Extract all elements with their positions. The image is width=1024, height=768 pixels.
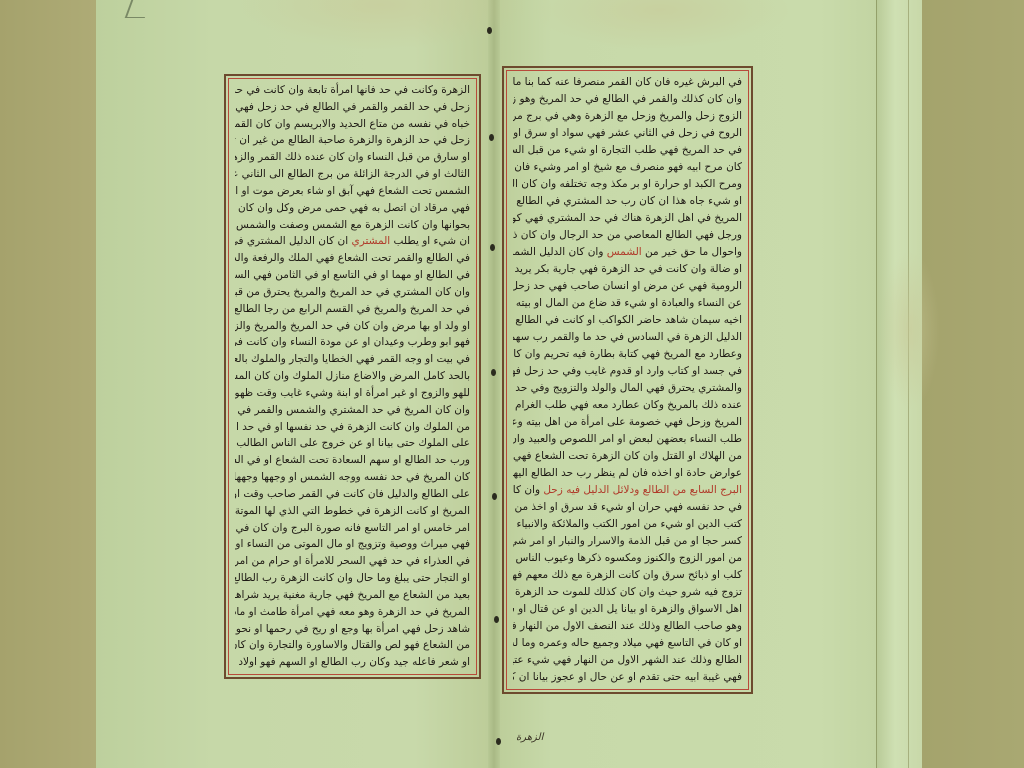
text-line: او التجار حتى يبلغ وما حال وان كانت الزه… bbox=[235, 570, 470, 587]
text-line: زحل في حد القمر والقمر في الطالع في حد ز… bbox=[235, 99, 470, 116]
line-text: فهي غيبة ابيه حتى تقدم او عن حال او عجوز… bbox=[513, 671, 742, 683]
line-text: الزوج زحل والمريخ وزحل مع الزهرة وهي في … bbox=[513, 110, 742, 122]
line-text: امر خامس او امر التاسع فانه صورة البرج و… bbox=[235, 522, 470, 534]
line-text: في حد المريخ والمريخ في القسم الرابع من … bbox=[235, 303, 470, 315]
right-text-frame: في البرش غيره فان كان القمر منصرفا عنه ك… bbox=[502, 66, 753, 694]
line-text: وان كان الدليل الشمس في السادس في بيتها … bbox=[513, 246, 607, 258]
text-line: بالحد كامل المرض والاضاع منازل الملوك وا… bbox=[235, 368, 470, 385]
text-line: من الشعاع فهو لص والقتال والاساورة والتج… bbox=[235, 637, 470, 654]
text-line: او ولد او بها مرض وان كان في حد المريخ و… bbox=[235, 318, 470, 335]
line-text: من الملوك وان كانت الزهرة في حد نفسها او… bbox=[235, 421, 470, 433]
text-line: امر خامس او امر التاسع فانه صورة البرج و… bbox=[235, 520, 470, 537]
binding-hole bbox=[489, 134, 494, 141]
line-text: للهو والزوج او غير امرأة او ابنة وشيء غا… bbox=[235, 387, 470, 399]
line-text: وان كان الدليل تحت الشعاع السابع من الطا… bbox=[513, 484, 543, 496]
line-text: فهو ابو وطرب وعيدان او عن مودة النساء وا… bbox=[235, 336, 470, 348]
line-text: عن النساء والعبادة او شيء قد ضاع من الما… bbox=[513, 297, 742, 309]
line-text: في العذراء في حد فهي السحر للامرأة او حر… bbox=[235, 555, 470, 567]
line-text: ورجل فهي الطالع المعاصي من حد الرجال وان… bbox=[513, 229, 742, 241]
rubric-heading: المشتري bbox=[351, 235, 390, 247]
left-text-block: الزهرة وكانت في حد فانها امرأة تابعة وان… bbox=[228, 78, 477, 675]
text-line: ان شيء او يطلب المشتري ان كان الدليل الم… bbox=[235, 233, 470, 250]
line-text: في بيت او وجه القمر فهي الخطايا والتجار … bbox=[235, 353, 470, 365]
text-line: بحوانها وان كانت الزهرة مع الشمس وصفت وا… bbox=[235, 217, 470, 234]
line-text: وعطارد مع المريخ فهي كتابة بطارة فيه تحر… bbox=[513, 348, 742, 360]
line-text: الزهرة وكانت في حد فانها امرأة تابعة وان… bbox=[235, 84, 470, 96]
text-line: في جسد او كتاب وارد او قدوم غايب وفي حد … bbox=[513, 363, 742, 380]
line-text: عنده ذلك بالمريخ وكان عطارد معه فهي طلب … bbox=[513, 399, 742, 411]
line-text: في البرش غيره فان كان القمر منصرفا عنه ك… bbox=[513, 76, 742, 88]
text-line: المريخ في اهل الزهرة هناك في حد المشتري … bbox=[513, 210, 742, 227]
text-line: والمشتري يحترق فهي المال والولد والتزويج… bbox=[513, 380, 742, 397]
text-line: كلب او ذبائح سرق وان كانت الزهرة مع ذلك … bbox=[513, 567, 742, 584]
line-text: اخيه سيمان شاهد حاضر الكواكب او كانت في … bbox=[513, 314, 742, 326]
text-line: ومرح الكبد او حرارة او بر مكذ وجه تختلفه… bbox=[513, 176, 742, 193]
line-text: او ضالة وان كانت في حد الزهرة فهي جارية … bbox=[513, 263, 742, 275]
line-text: فهي ميراث ووصية وتزويج او مال الموتى من … bbox=[235, 538, 470, 550]
text-line: في حد المريخ فهي طلب التجارة او شيء من ق… bbox=[513, 142, 742, 159]
text-line: او كان في التاسع فهي ميلاد وجميع حاله وع… bbox=[513, 635, 742, 652]
text-line: في البرش غيره فان كان القمر منصرفا عنه ك… bbox=[513, 74, 742, 91]
line-text: المريخ وزحل فهي خصومة على امرأة من اهل ب… bbox=[513, 416, 742, 428]
text-line: الزهرة وكانت في حد فانها امرأة تابعة وان… bbox=[235, 82, 470, 99]
text-line: تزوج فيه شرو حيث وان كان كذلك للموت حد ا… bbox=[513, 584, 742, 601]
binding-hole bbox=[491, 369, 496, 376]
binding-hole bbox=[487, 27, 492, 34]
line-text: كان مرح ابيه فهو منصرف مع شيخ او امر وشي… bbox=[513, 161, 742, 173]
binding-hole bbox=[494, 616, 499, 623]
text-line: ورب حد الطالع او سهم السعادة تحت الشعاع … bbox=[235, 452, 470, 469]
text-line: او ضالة وان كانت في حد الزهرة فهي جارية … bbox=[513, 261, 742, 278]
text-line: كتب الدين او شيء من امور الكتب والملائكة… bbox=[513, 516, 742, 533]
line-text: من الهلاك او القتل وان كان الزهرة تحت ال… bbox=[513, 450, 742, 462]
line-text: كتب الدين او شيء من امور الكتب والملائكة… bbox=[513, 518, 742, 530]
text-line: كسر حجا او من قبل الذمة والاسرار والنبار… bbox=[513, 533, 742, 550]
line-text: طلب النساء بعضهن لبعض او امر اللصوص والع… bbox=[513, 433, 742, 445]
line-text: على الملوك حتى بيانا او عن خروج على النا… bbox=[235, 437, 470, 449]
text-line: الروح في زحل في الثاني عشر فهي سواد او س… bbox=[513, 125, 742, 142]
text-line: الرومية فهي عن مرض او انسان صاحب فهي حد … bbox=[513, 278, 742, 295]
text-line: زحل في حد الزهرة والزهرة صاحبة الطالع من… bbox=[235, 132, 470, 149]
background-left bbox=[0, 0, 96, 768]
catchword: الزهرة bbox=[516, 732, 543, 743]
binding-hole bbox=[496, 738, 501, 745]
binding-hole bbox=[492, 493, 497, 500]
text-line: في الطالع او مهما او في التاسع او في الث… bbox=[235, 267, 470, 284]
text-line: وان كان كذلك والقمر في الطالع في حد المر… bbox=[513, 91, 742, 108]
line-text: فهي مرقاد ان اتصل به فهي حمى مرض وكل وان… bbox=[235, 202, 470, 214]
text-line: الطالع وذلك عند الشهر الاول من النهار فه… bbox=[513, 652, 742, 669]
line-text: في حد نفسه فهي حران او شيء قد سرق او اخذ… bbox=[513, 501, 742, 513]
text-line: في بيت او وجه القمر فهي الخطايا والتجار … bbox=[235, 351, 470, 368]
text-line: من امور الزوج والكنوز ومكسوه ذكرها وعيوب… bbox=[513, 550, 742, 567]
text-line: طلب النساء بعضهن لبعض او امر اللصوص والع… bbox=[513, 431, 742, 448]
text-line: البرج السابع من الطالع ودلائل الدليل فيه… bbox=[513, 482, 742, 499]
text-line: اخيه سيمان شاهد حاضر الكواكب او كانت في … bbox=[513, 312, 742, 329]
right-text-block: في البرش غيره فان كان القمر منصرفا عنه ك… bbox=[506, 70, 749, 690]
text-line: اهل الاسواق والزهرة او بيانا يل الدين او… bbox=[513, 601, 742, 618]
line-text: زحل في حد القمر والقمر في الطالع في حد ز… bbox=[235, 101, 470, 113]
text-line: او شيء جاه هذا ان كان رب حد المشتري في ا… bbox=[513, 193, 742, 210]
line-text: والمشتري يحترق فهي المال والولد والتزويج… bbox=[513, 382, 742, 394]
line-text: بالحد كامل المرض والاضاع منازل الملوك وا… bbox=[235, 370, 470, 382]
text-line: المريخ وزحل فهي خصومة على امرأة من اهل ب… bbox=[513, 414, 742, 431]
text-line: فهي غيبة ابيه حتى تقدم او عن حال او عجوز… bbox=[513, 669, 742, 686]
text-line: المريخ او كانت الزهرة في خطوط التي الذي … bbox=[235, 503, 470, 520]
text-line: وهو صاحب الطالع وذلك عند النصف الاول من … bbox=[513, 618, 742, 635]
line-text: او سارق من قبل النساء وان كان عنده ذلك ا… bbox=[235, 151, 470, 163]
text-line: الثالث او في الدرجة الزائلة من برج الطال… bbox=[235, 166, 470, 183]
text-line: عنده ذلك بالمريخ وكان عطارد معه فهي طلب … bbox=[513, 397, 742, 414]
line-text: شاهد زحل فهي امرأة بها وجع او ريح في رحم… bbox=[235, 623, 470, 635]
line-text: بعيد من الشعاع مع المريخ فهي جارية مغنية… bbox=[235, 589, 470, 601]
line-text: المريخ في اهل الزهرة هناك في حد المشتري … bbox=[513, 212, 742, 224]
line-text: ان كان الدليل المشتري في حد نفسه وهو رب … bbox=[235, 235, 351, 247]
text-line: فهي ميراث ووصية وتزويج او مال الموتى من … bbox=[235, 536, 470, 553]
line-text: من الشعاع فهو لص والقتال والاساورة والتج… bbox=[235, 639, 470, 651]
line-text: الروح في زحل في الثاني عشر فهي سواد او س… bbox=[513, 127, 742, 139]
water-stain bbox=[880, 250, 940, 410]
line-text: واحوال ما حق خير من bbox=[642, 246, 742, 258]
text-line: بعيد من الشعاع مع المريخ فهي جارية مغنية… bbox=[235, 587, 470, 604]
text-line: خباه في نفسه من متاع الحديد والابريسم وا… bbox=[235, 116, 470, 133]
line-text: او التجار حتى يبلغ وما حال وان كانت الزه… bbox=[235, 572, 470, 584]
line-text: ورب حد الطالع او سهم السعادة تحت الشعاع … bbox=[235, 454, 470, 466]
text-line: على الطالع والدليل فان كانت في القمر صاح… bbox=[235, 486, 470, 503]
line-text: كلب او ذبائح سرق وان كانت الزهرة مع ذلك … bbox=[513, 569, 742, 581]
line-text: او شيء جاه هذا ان كان رب حد المشتري في ا… bbox=[513, 195, 742, 207]
text-line: وان كان المريخ في حد المشتري والشمس والق… bbox=[235, 402, 470, 419]
text-line: عن النساء والعبادة او شيء قد ضاع من الما… bbox=[513, 295, 742, 312]
text-line: للهو والزوج او غير امرأة او ابنة وشيء غا… bbox=[235, 385, 470, 402]
text-line: في حد نفسه فهي حران او شيء قد سرق او اخذ… bbox=[513, 499, 742, 516]
text-line: في حد المريخ والمريخ في القسم الرابع من … bbox=[235, 301, 470, 318]
text-line: في الطالع والقمر تحت الشعاع فهي الملك وا… bbox=[235, 250, 470, 267]
line-text: في الطالع والقمر تحت الشعاع فهي الملك وا… bbox=[235, 252, 470, 264]
rubric-heading: الشمس bbox=[607, 246, 642, 258]
text-line: على الملوك حتى بيانا او عن خروج على النا… bbox=[235, 435, 470, 452]
line-text: في جسد او كتاب وارد او قدوم غايب وفي حد … bbox=[513, 365, 742, 377]
text-line: كان المريخ في حد نفسه ووجه الشمس او وجهه… bbox=[235, 469, 470, 486]
text-line: وان كان المشتري في حد المريخ والمريخ يحت… bbox=[235, 284, 470, 301]
line-text: في حد المريخ فهي طلب التجارة او شيء من ق… bbox=[513, 144, 742, 156]
line-text: او ولد او بها مرض وان كان في حد المريخ و… bbox=[235, 320, 470, 332]
text-line: الزوج زحل والمريخ وزحل مع الزهرة وهي في … bbox=[513, 108, 742, 125]
line-text: بحوانها وان كانت الزهرة مع الشمس وصفت وا… bbox=[235, 219, 470, 231]
line-text: المريخ او كانت الزهرة في خطوط التي الذي … bbox=[235, 505, 470, 517]
line-text: وان كان كذلك والقمر في الطالع في حد المر… bbox=[513, 93, 742, 105]
text-line: ورجل فهي الطالع المعاصي من حد الرجال وان… bbox=[513, 227, 742, 244]
line-text: ان شيء او يطلب bbox=[390, 235, 470, 247]
line-text: وان كان المريخ في حد المشتري والشمس والق… bbox=[235, 404, 470, 416]
line-text: او كان في التاسع فهي ميلاد وجميع حاله وع… bbox=[513, 637, 742, 649]
line-text: وهو صاحب الطالع وذلك عند النصف الاول من … bbox=[513, 620, 742, 632]
line-text: اهل الاسواق والزهرة او بيانا يل الدين او… bbox=[513, 603, 742, 615]
rubric-heading: البرج السابع من الطالع ودلائل الدليل فيه… bbox=[543, 484, 742, 496]
text-line: الشمس تحت الشعاع فهي آبق او شاء بعرض موت… bbox=[235, 183, 470, 200]
text-line: من الهلاك او القتل وان كان الزهرة تحت ال… bbox=[513, 448, 742, 465]
text-line: فهو ابو وطرب وعيدان او عن مودة النساء وا… bbox=[235, 334, 470, 351]
line-text: زحل في حد الزهرة والزهرة صاحبة الطالع من… bbox=[235, 134, 470, 146]
line-text: وان كان المشتري في حد المريخ والمريخ يحت… bbox=[235, 286, 470, 298]
text-line: او شعر فاعله جيد وكان رب الطالع او السهم… bbox=[235, 654, 470, 671]
line-text: عوارض حادة او اخذه فان لم ينظر رب حد الط… bbox=[513, 467, 742, 479]
text-line: كان مرح ابيه فهو منصرف مع شيخ او امر وشي… bbox=[513, 159, 742, 176]
text-line: في العذراء في حد فهي السحر للامرأة او حر… bbox=[235, 553, 470, 570]
text-line: من الملوك وان كانت الزهرة في حد نفسها او… bbox=[235, 419, 470, 436]
line-text: الثالث او في الدرجة الزائلة من برج الطال… bbox=[235, 168, 470, 180]
line-text: تزوج فيه شرو حيث وان كان كذلك للموت حد ا… bbox=[513, 586, 742, 598]
line-text: من امور الزوج والكنوز ومكسوه ذكرها وعيوب… bbox=[513, 552, 742, 564]
book-gutter bbox=[488, 0, 500, 768]
binding-hole bbox=[490, 244, 495, 251]
line-text: في الطالع او مهما او في التاسع او في الث… bbox=[235, 269, 470, 281]
line-text: المريخ في حد الزهرة وهو معه فهي امرأة طا… bbox=[235, 606, 470, 618]
text-line: شاهد زحل فهي امرأة بها وجع او ريح في رحم… bbox=[235, 621, 470, 638]
line-text: الشمس تحت الشعاع فهي آبق او شاء بعرض موت… bbox=[235, 185, 470, 197]
text-line: عوارض حادة او اخذه فان لم ينظر رب حد الط… bbox=[513, 465, 742, 482]
line-text: ومرح الكبد او حرارة او بر مكذ وجه تختلفه… bbox=[513, 178, 742, 190]
left-text-frame: الزهرة وكانت في حد فانها امرأة تابعة وان… bbox=[224, 74, 481, 679]
line-text: على الطالع والدليل فان كانت في القمر صاح… bbox=[235, 488, 470, 500]
line-text: الرومية فهي عن مرض او انسان صاحب فهي حد … bbox=[513, 280, 742, 292]
text-line: الدليل الزهرة في السادس في حد ما والقمر … bbox=[513, 329, 742, 346]
text-line: وعطارد مع المريخ فهي كتابة بطارة فيه تحر… bbox=[513, 346, 742, 363]
text-line: او سارق من قبل النساء وان كان عنده ذلك ا… bbox=[235, 149, 470, 166]
text-line: المريخ في حد الزهرة وهو معه فهي امرأة طا… bbox=[235, 604, 470, 621]
text-line: واحوال ما حق خير من الشمس وان كان الدليل… bbox=[513, 244, 742, 261]
line-text: كسر حجا او من قبل الذمة والاسرار والنبار… bbox=[513, 535, 742, 547]
background-right bbox=[920, 0, 1024, 768]
line-text: او شعر فاعله جيد وكان رب الطالع او السهم… bbox=[235, 656, 470, 668]
line-text: كان المريخ في حد نفسه ووجه الشمس او وجهه… bbox=[235, 471, 470, 483]
line-text: الطالع وذلك عند الشهر الاول من النهار فه… bbox=[513, 654, 742, 666]
line-text: خباه في نفسه من متاع الحديد والابريسم وا… bbox=[235, 118, 470, 130]
line-text: الدليل الزهرة في السادس في حد ما والقمر … bbox=[513, 331, 742, 343]
text-line: فهي مرقاد ان اتصل به فهي حمى مرض وكل وان… bbox=[235, 200, 470, 217]
